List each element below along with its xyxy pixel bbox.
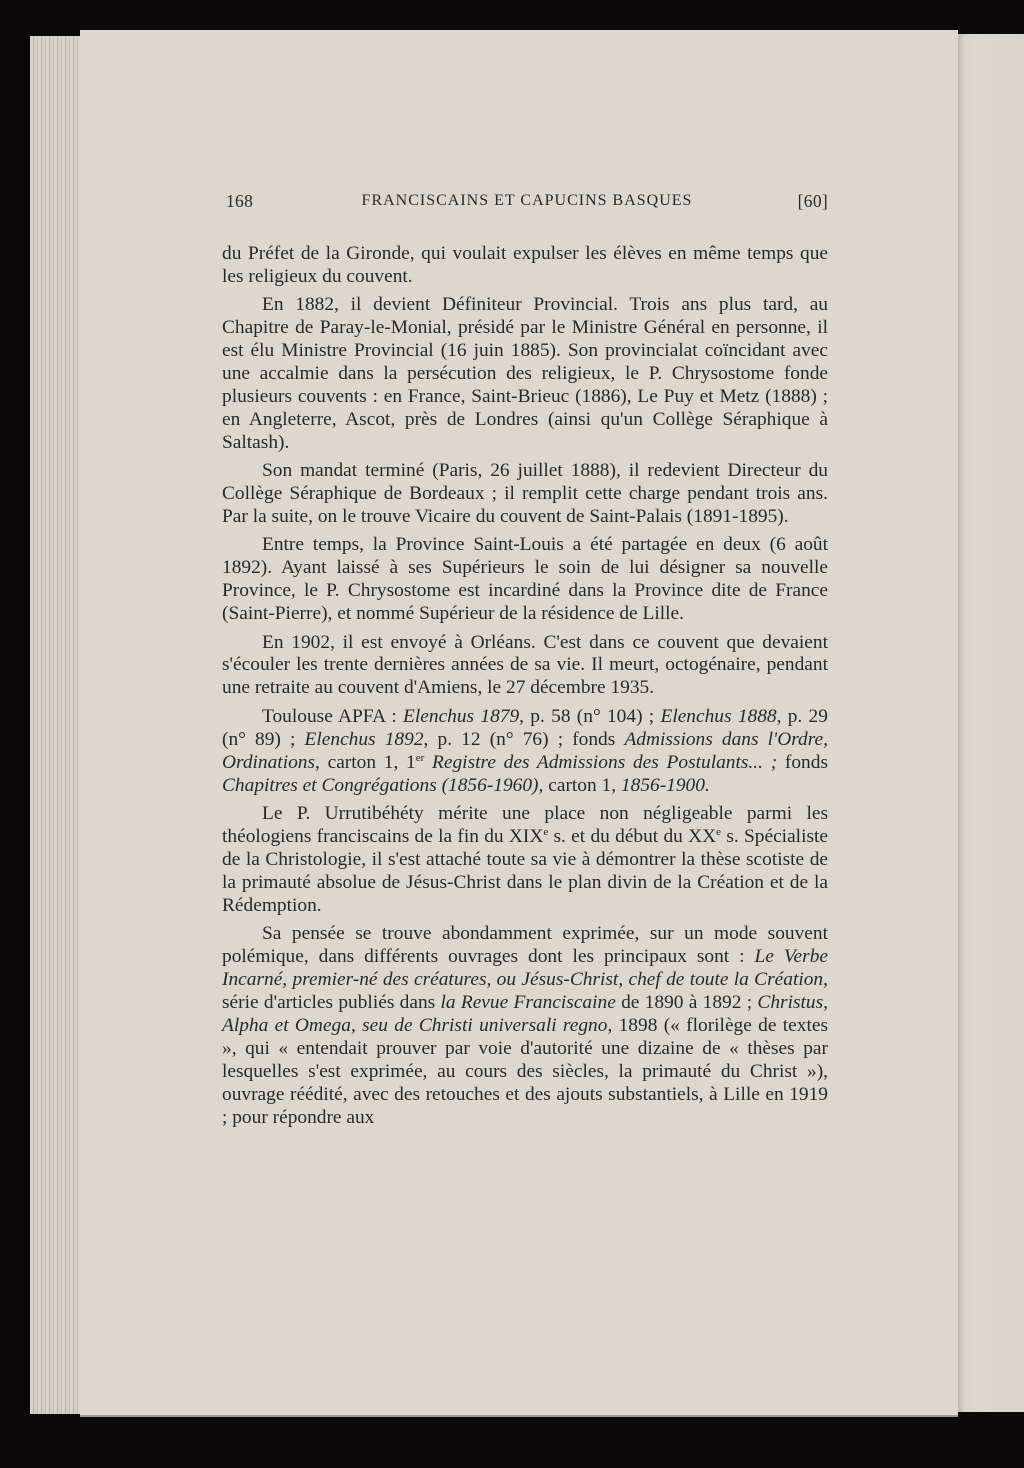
paragraph: Le P. Urrutibéhéty mérite une place non …	[222, 803, 828, 918]
italic-title: la Revue Franciscaine	[440, 992, 615, 1013]
paragraph: En 1902, il est envoyé à Orléans. C'est …	[222, 632, 828, 701]
text-run: de 1890 à 1892 ;	[616, 992, 758, 1013]
paragraph: En 1882, il devient Définiteur Provincia…	[222, 294, 828, 454]
bracket-page-number: [60]	[798, 191, 828, 212]
italic-title: Registre des Admissions des Postulants..…	[432, 752, 777, 773]
text-run: , p. 58 (n° 104) ;	[519, 706, 660, 727]
text-run: , carton 1,	[539, 775, 621, 796]
text-run: Son mandat terminé (Paris, 26 juillet 18…	[222, 460, 828, 527]
paragraph: Son mandat terminé (Paris, 26 juillet 18…	[222, 460, 828, 529]
italic-title: Chapitres et Congrégations (1856-1960)	[222, 775, 539, 796]
text-run: fonds	[777, 752, 828, 773]
italic-title: Elenchus 1892	[305, 729, 424, 750]
text-run: s. et du début du XX	[548, 826, 716, 847]
body-text: du Préfet de la Gironde, qui voulait exp…	[222, 243, 828, 1135]
text-run: En 1882, il devient Définiteur Provincia…	[222, 294, 828, 452]
italic-title: 1856-1900.	[621, 775, 710, 796]
running-title: FRANCISCAINS ET CAPUCINS BASQUES	[226, 191, 828, 210]
text-run: , carton 1, 1	[315, 752, 416, 773]
facing-page-edge	[958, 34, 1024, 1412]
paragraph: du Préfet de la Gironde, qui voulait exp…	[222, 243, 828, 289]
italic-title: Elenchus 1879	[403, 706, 519, 727]
italic-title: Elenchus 1888	[660, 706, 776, 727]
text-run: Toulouse APFA :	[262, 706, 403, 727]
running-head: 168 FRANCISCAINS ET CAPUCINS BASQUES [60…	[226, 191, 828, 217]
paragraph: Entre temps, la Province Saint-Louis a é…	[222, 534, 828, 626]
paragraph: Sa pensée se trouve abondamment exprimée…	[222, 923, 828, 1129]
text-run: du Préfet de la Gironde, qui voulait exp…	[222, 243, 828, 287]
text-run: , p. 12 (n° 76) ; fonds	[424, 729, 625, 750]
archive-reference: Toulouse APFA : Elenchus 1879, p. 58 (n°…	[222, 706, 828, 798]
text-run: Entre temps, la Province Saint-Louis a é…	[222, 534, 828, 624]
text-run: Sa pensée se trouve abondamment exprimée…	[222, 923, 828, 967]
page-stack-edges	[30, 36, 80, 1414]
text-run	[424, 752, 432, 773]
superscript: er	[416, 752, 425, 764]
text-run: En 1902, il est envoyé à Orléans. C'est …	[222, 632, 828, 699]
